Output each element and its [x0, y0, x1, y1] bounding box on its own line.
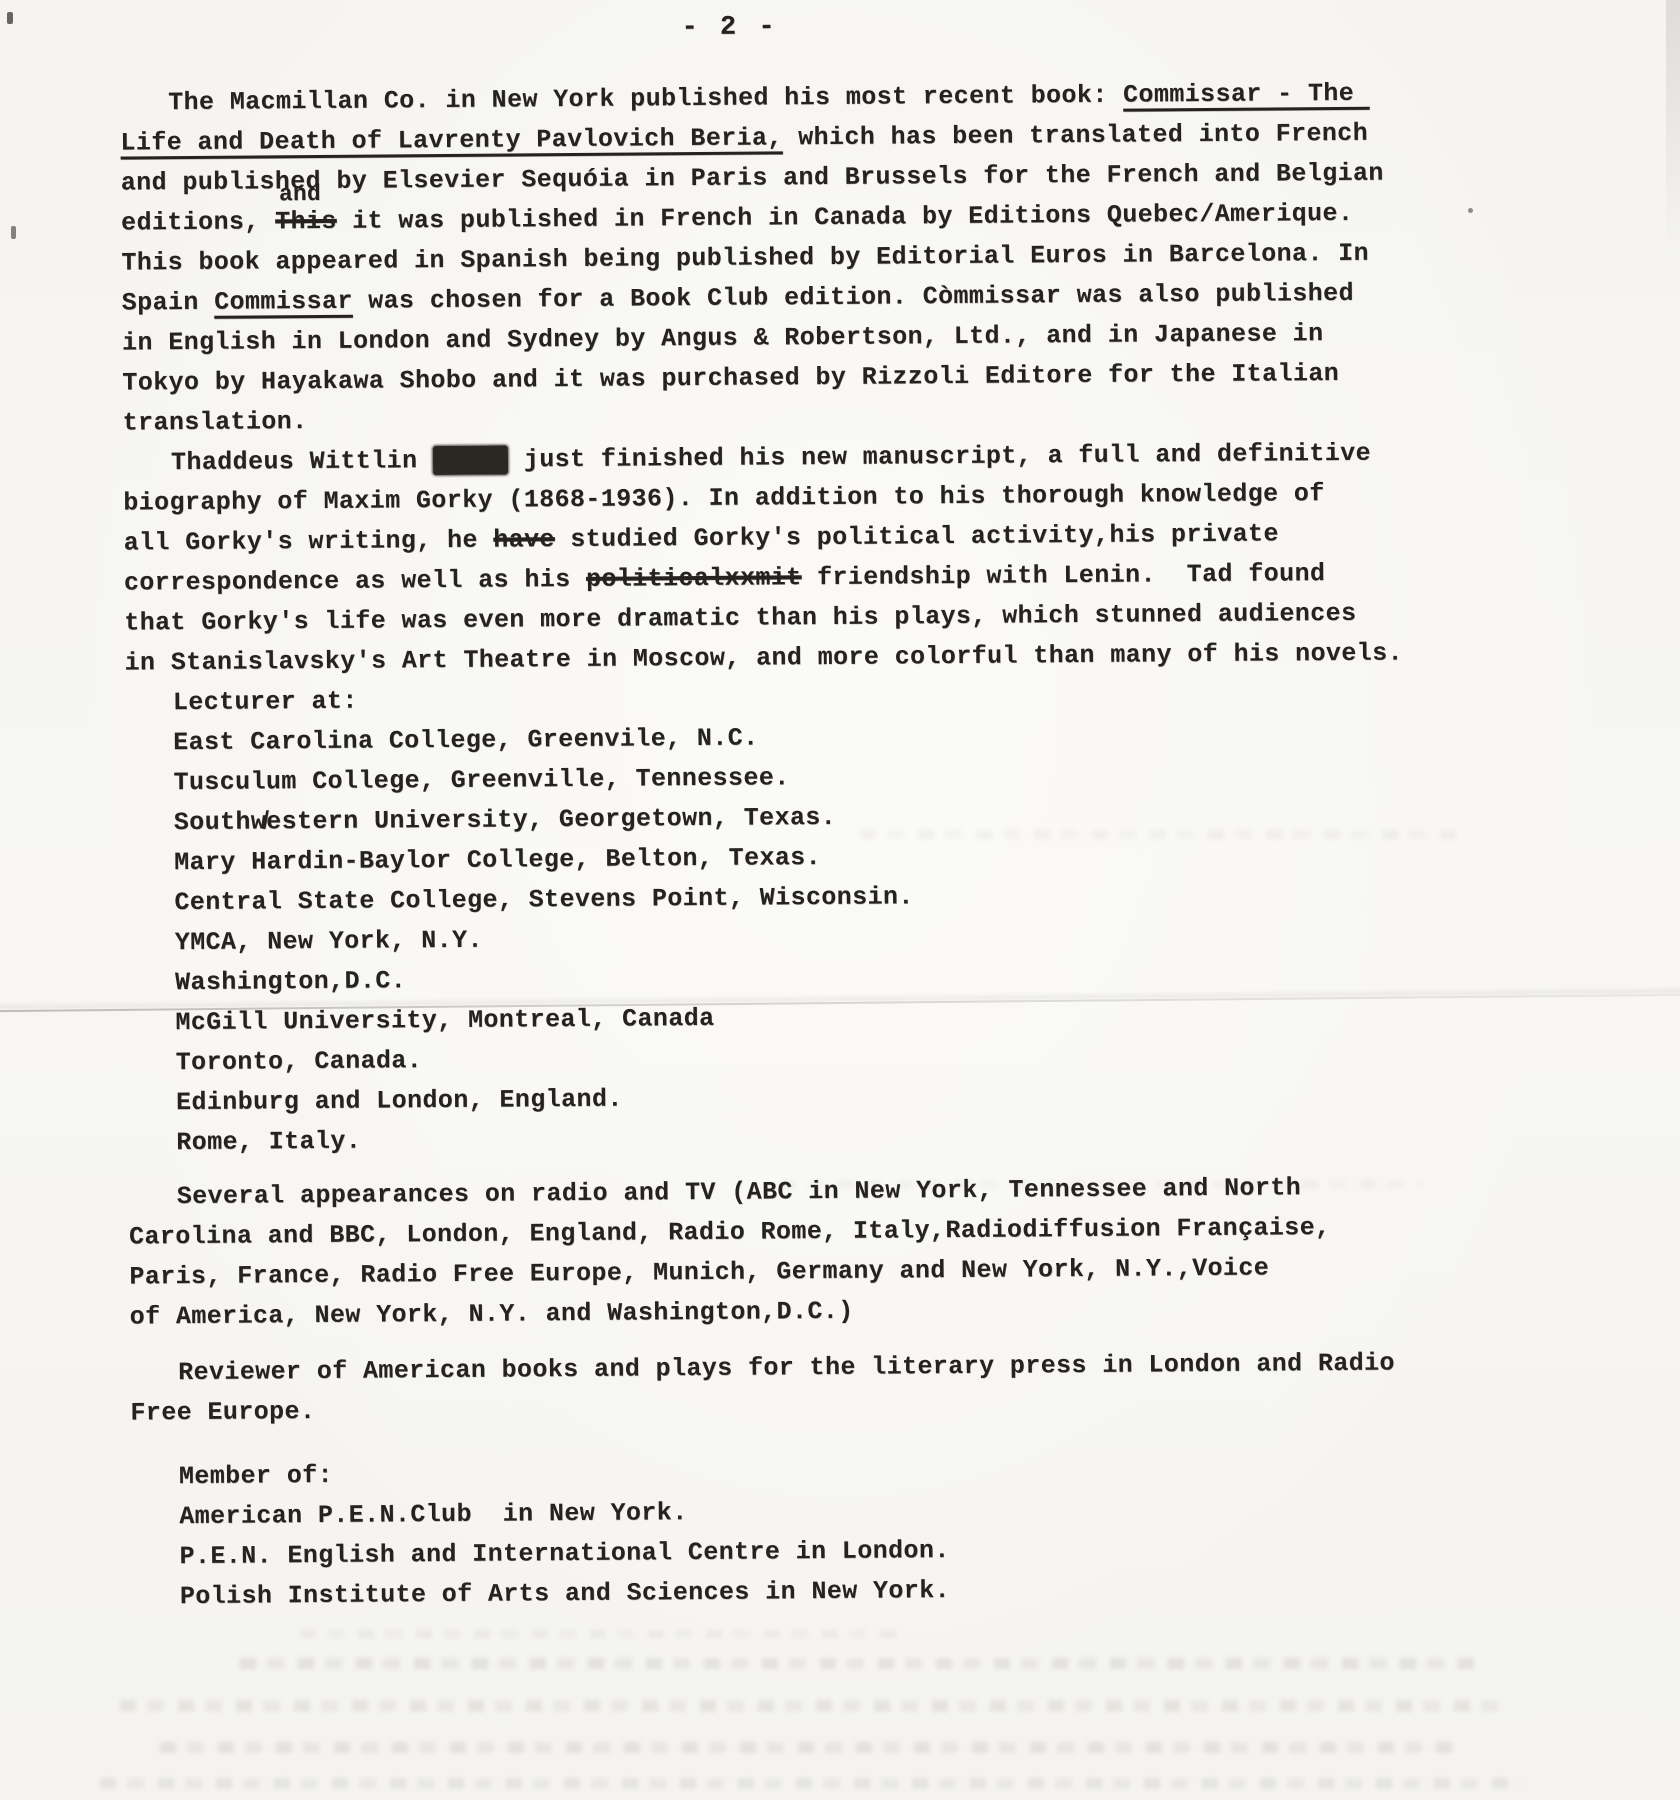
inserted-word-above: and [279, 183, 321, 206]
text-segment: biography of Maxim Gorky (1868-1936). In… [123, 479, 1325, 517]
text-segment: Lecturer at: [173, 687, 358, 717]
underlined-text: Life and Death of Lavrenty Pavlovich Ber… [120, 123, 783, 157]
text-segment: of America, New York, N.Y. and Washingto… [130, 1297, 854, 1332]
bleedthrough-smudge [780, 1180, 1420, 1189]
text-segment: This book appeared in Spanish being publ… [121, 239, 1369, 278]
text-segment: Carolina and BBC, London, England, Radio… [129, 1213, 1331, 1251]
bleedthrough-smudge [100, 1778, 1520, 1789]
text-segment: Southw̸estern University, Georgetown, Te… [174, 803, 837, 837]
text-segment: which has been translated into French [783, 119, 1369, 153]
bleedthrough-smudge [300, 1630, 900, 1638]
text-segment: friendship with Lenin. Tad found [802, 559, 1326, 592]
text-segment: Spain [122, 288, 215, 318]
ink-speck [7, 12, 13, 24]
text-segment: Paris, France, Radio Free Europe, Munich… [129, 1254, 1269, 1292]
text-segment: P.E.N. English and International Centre … [179, 1536, 949, 1571]
ink-speck [11, 226, 16, 239]
text-segment: Washington,D.C. [175, 966, 406, 997]
text-segment: Member of: [179, 1461, 333, 1491]
underlined-text: Commissar - The [1123, 79, 1370, 110]
text-segment: Rome, Italy. [176, 1127, 361, 1157]
page-number: - 2 - [0, 7, 1460, 48]
blotted-out-text: have [433, 445, 509, 475]
paper-sheet: - 2 - The Macmillan Co. in New York publ… [0, 0, 1680, 1800]
text-segment: correspondence as well as his [124, 565, 586, 598]
bleedthrough-smudge [860, 830, 1460, 839]
text-segment: editions, [121, 207, 275, 237]
text-segment: Tusculum College, Greenville, Tennessee. [173, 763, 789, 797]
text-segment: studied Gorky's political activity,his p… [555, 519, 1279, 554]
text-segment: East Carolina College, Greenvile, N.C. [173, 724, 759, 758]
text-segment: Thaddeus Wittlin [171, 446, 433, 477]
ink-speck [1468, 208, 1473, 213]
text-segment: all Gorky's writing, he [124, 526, 494, 558]
bleedthrough-smudge [160, 1742, 1460, 1753]
bleedthrough-smudge [120, 1700, 1500, 1712]
text-segment: Toronto, Canada. [176, 1046, 423, 1077]
scan-edge-shadow [1666, 0, 1680, 260]
text-segment: in English in London and Sydney by Angus… [122, 319, 1324, 357]
scan-tilt-wrapper: - 2 - The Macmillan Co. in New York publ… [0, 0, 1680, 1800]
text-segment: translation. [123, 407, 308, 437]
text-segment: Several appearances on radio and TV (ABC… [177, 1173, 1302, 1211]
struckout-text: have [493, 525, 555, 554]
text-segment: that Gorky's life was even more dramatic… [124, 599, 1356, 638]
struckout-text: politicalxxmit [586, 563, 802, 594]
document-body: The Macmillan Co. in New York published … [120, 73, 1452, 1617]
text-segment: Free Europe. [130, 1397, 315, 1427]
typed-correction: Thisand [275, 202, 337, 242]
struckout-text: This [275, 207, 337, 236]
text-segment: in Stanislavsky's Art Theatre in Moscow,… [124, 638, 1403, 677]
text-segment: Polish Institute of Arts and Sciences in… [180, 1576, 950, 1611]
text-segment: American P.E.N.Club in New York. [179, 1498, 687, 1531]
scanned-document: { "page": { "number_label": "- 2 -", "li… [0, 0, 1680, 1800]
text-segment: Central State College, Stevens Point, Wi… [174, 882, 914, 917]
text-segment: Edinburg and London, England. [176, 1085, 623, 1118]
text-segment: was chosen for a Book Club edition. Còmm… [353, 279, 1354, 316]
text-segment: just finished his new manuscript, a full… [508, 439, 1371, 475]
text-segment: Mary Hardin-Baylor College, Belton, Texa… [174, 843, 821, 877]
underlined-text: Commissar [214, 287, 353, 317]
text-segment: Reviewer of American books and plays for… [178, 1349, 1395, 1388]
text-segment: The Macmillan Co. in New York published … [168, 81, 1123, 117]
text-segment: it was published in French in Canada by … [337, 199, 1354, 236]
text-segment: YMCA, New York, N.Y. [175, 926, 483, 957]
bleedthrough-smudge [240, 1658, 1480, 1669]
text-segment: Tokyo by Hayakawa Shobo and it was purch… [122, 359, 1339, 398]
